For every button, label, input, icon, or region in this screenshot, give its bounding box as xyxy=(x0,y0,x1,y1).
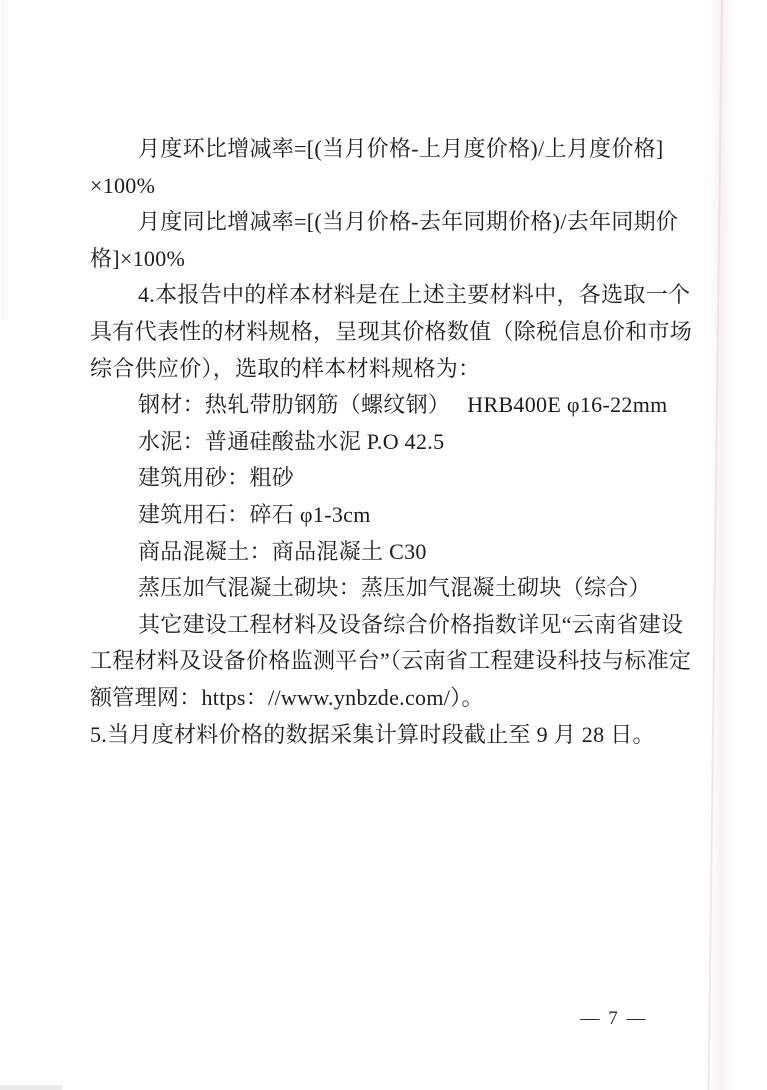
document-page: 月度环比增减率=[(当月价格-上月度价格)/上月度价格] ×100% 月度同比增… xyxy=(0,0,767,1090)
scan-corner-bottom-left xyxy=(0,1085,62,1090)
text-line-sample-cement: 水泥：普通硅酸盐水泥 P.O 42.5 xyxy=(90,424,696,461)
text-line-sample-steel: 钢材：热轧带肋钢筋（螺纹钢） HRB400E φ16-22mm xyxy=(90,387,696,424)
text-line-item5: 5.当月度材料价格的数据采集计算时段截止至 9 月 28 日。 xyxy=(90,717,696,754)
text-line-sample-concrete: 商品混凝土：商品混凝土 C30 xyxy=(90,534,696,571)
text-line-formula-mom-2: ×100% xyxy=(90,168,696,205)
text-line-note-url: 额管理网：https：//www.ynbzde.com/）。 xyxy=(90,680,696,717)
text-line-sample-stone: 建筑用石：碎石 φ1-3cm xyxy=(90,497,696,534)
text-line-note-1: 其它建设工程材料及设备综合价格指数详见“云南省建设 xyxy=(90,607,696,644)
text-line-formula-mom: 月度环比增减率=[(当月价格-上月度价格)/上月度价格] xyxy=(90,131,696,168)
text-line-formula-yoy: 月度同比增减率=[(当月价格-去年同期价格)/去年同期价 xyxy=(90,204,696,241)
scan-edge-right-line xyxy=(708,0,723,1090)
text-line-item4-2: 具有代表性的材料规格，呈现其价格数值（除税信息价和市场 xyxy=(90,314,696,351)
text-line-sample-sand: 建筑用砂：粗砂 xyxy=(90,460,696,497)
document-body: 月度环比增减率=[(当月价格-上月度价格)/上月度价格] ×100% 月度同比增… xyxy=(90,131,696,753)
text-line-formula-yoy-2: 格]×100% xyxy=(90,241,696,278)
text-line-item4-1: 4.本报告中的样本材料是在上述主要材料中，各选取一个 xyxy=(90,277,696,314)
scan-edge-left-line xyxy=(3,0,4,320)
text-line-sample-block: 蒸压加气混凝土砌块：蒸压加气混凝土砌块（综合） xyxy=(90,570,696,607)
text-line-item4-3: 综合供应价），选取的样本材料规格为： xyxy=(90,351,696,388)
scan-edge-right-band xyxy=(710,0,736,1090)
text-line-note-2: 工程材料及设备价格监测平台”（云南省工程建设科技与标准定 xyxy=(90,643,696,680)
page-number: — 7 — xyxy=(572,1008,656,1030)
